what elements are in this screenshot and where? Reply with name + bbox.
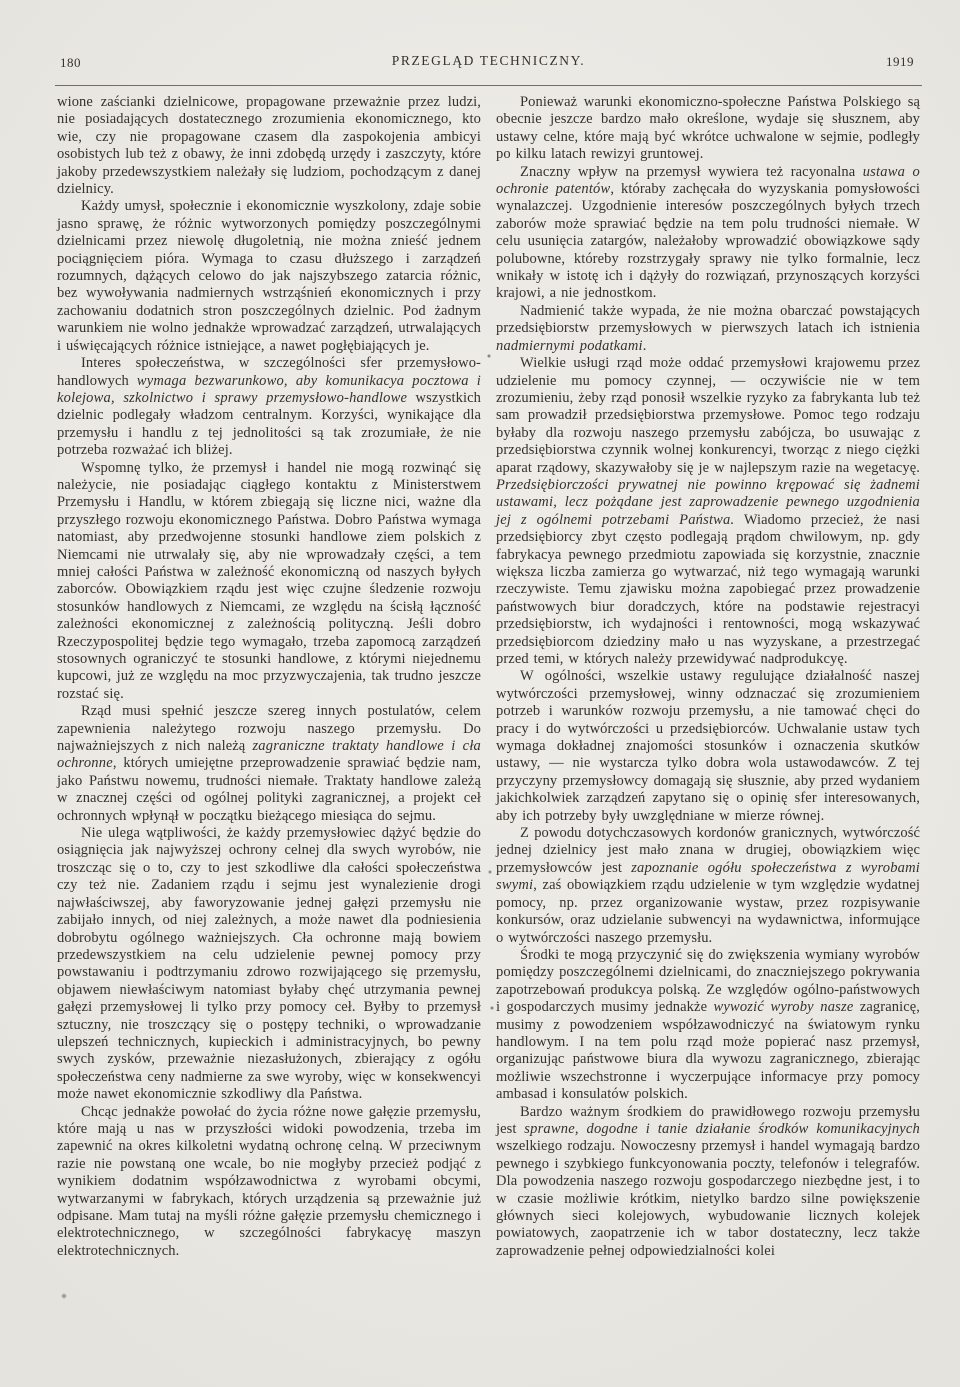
body-text: Wiadomo przecież, że nasi przedsiębiorcy… — [496, 512, 920, 667]
body-text: Wspomnę tylko, że przemysł i handel nie … — [57, 460, 481, 702]
emphasized-text: wywozić wyroby nasze — [713, 999, 853, 1015]
body-text: . — [643, 338, 647, 354]
year-label: 1919 — [886, 54, 914, 70]
body-text: Chcąc jednakże powołać do życia różne no… — [57, 1104, 481, 1259]
paragraph: W ogólności, wszelkie ustawy regulujące … — [496, 668, 920, 825]
paragraph: Środki te mogą przyczynić się do zwiększ… — [496, 947, 920, 1104]
paragraph: Nadmienić także wypada, że nie można oba… — [496, 303, 920, 355]
emphasized-text: sprawne, dogodne i tanie działanie środk… — [524, 1121, 920, 1137]
left-column: wione zaścianki dzielnicowe, propagowane… — [57, 94, 481, 1260]
body-text: Nie ulega wątpliwości, że każdy przemysł… — [57, 825, 481, 1102]
body-text: wszelkiego rodzaju. Nowoczesny przemysł … — [496, 1138, 920, 1258]
paragraph: Każdy umysł, społecznie i ekonomicznie w… — [57, 198, 481, 355]
article-body: wione zaścianki dzielnicowe, propagowane… — [57, 94, 920, 1260]
paragraph: Nie ulega wątpliwości, że każdy przemysł… — [57, 825, 481, 1104]
right-column: Ponieważ warunki ekonomiczno-społeczne P… — [496, 94, 920, 1260]
body-text: Każdy umysł, społecznie i ekonomicznie w… — [57, 198, 481, 353]
body-text: , zaś obowiązkiem rządu udzielenie w tym… — [496, 877, 920, 945]
body-text: W ogólności, wszelkie ustawy regulujące … — [496, 668, 920, 823]
paragraph: Bardzo ważnym środkiem do prawidłowego r… — [496, 1104, 920, 1261]
paragraph: Chcąc jednakże powołać do życia różne no… — [57, 1104, 481, 1261]
journal-title: PRZEGLĄD TECHNICZNY. — [57, 53, 920, 69]
paragraph: Interes społeczeństwa, w szczególności s… — [57, 355, 481, 459]
body-text: Wielkie usługi rząd może oddać przemysło… — [496, 355, 920, 475]
journal-page: 180 PRZEGLĄD TECHNICZNY. 1919 wione zaśc… — [0, 0, 960, 1387]
emphasized-text: nadmiernymi podatkami — [496, 338, 643, 354]
paragraph: wione zaścianki dzielnicowe, propagowane… — [57, 94, 481, 198]
paragraph: Znaczny wpływ na przemysł wywiera też ra… — [496, 164, 920, 303]
body-text: wione zaścianki dzielnicowe, propagowane… — [57, 94, 481, 197]
paragraph: Z powodu dotychczasowych kordonów granic… — [496, 825, 920, 947]
paragraph: Ponieważ warunki ekonomiczno-społeczne P… — [496, 94, 920, 164]
paragraph: Wielkie usługi rząd może oddać przemysło… — [496, 355, 920, 668]
body-text: , któraby zachęcała do wyzyskania pomysł… — [496, 181, 920, 301]
body-text: Nadmienić także wypada, że nie można oba… — [496, 303, 920, 336]
paragraph: Rząd musi spełnić jeszcze szereg innych … — [57, 703, 481, 825]
body-text: , których umiejętne przeprowadzenie spra… — [57, 755, 481, 823]
body-text: Znaczny wpływ na przemysł wywiera też ra… — [520, 164, 863, 180]
running-header: 180 PRZEGLĄD TECHNICZNY. 1919 — [57, 53, 920, 75]
paragraph: Wspomnę tylko, że przemysł i handel nie … — [57, 460, 481, 704]
header-rule — [55, 85, 922, 89]
body-text: Ponieważ warunki ekonomiczno-społeczne P… — [496, 94, 920, 162]
